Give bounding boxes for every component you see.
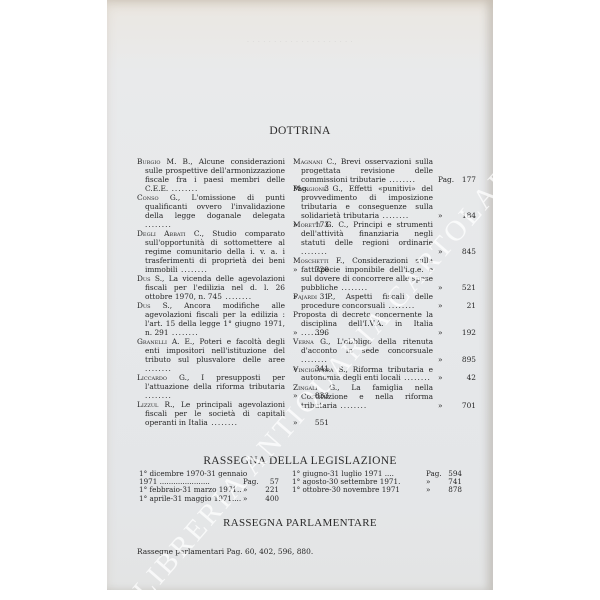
leader-dots: ........ xyxy=(337,401,367,410)
page-number: 400 xyxy=(265,495,279,503)
entry-author: Conso G., xyxy=(137,193,180,202)
entry-text: Liccardo G., I presupposti per l'attuazi… xyxy=(137,374,285,401)
section-heading-legislazione: RASSEGNA DELLA LEGISLAZIONE xyxy=(107,455,493,467)
legislazione-row: 1° ottobre-30 novembre 1971»878 xyxy=(292,486,462,494)
entry-author: Granelli A. E., xyxy=(137,337,195,346)
toc-entry: Zingali G., La famiglia nella Costituzio… xyxy=(293,384,469,411)
entry-author: Pajardi P., xyxy=(293,292,335,301)
toc-entry: Magnani C., Brevi osservazioni sulla pro… xyxy=(293,158,469,185)
entry-text: Burgio M. B., Alcune considerazioni sull… xyxy=(137,158,285,194)
page-prefix: » xyxy=(438,284,443,293)
period-label: 1° agosto-30 settembre 1971. xyxy=(292,478,400,486)
page-prefix: » xyxy=(438,329,443,338)
toc-entry: Pajardi P., Aspetti fiscali delle proced… xyxy=(293,293,469,311)
period-label: 1971 ...................... xyxy=(139,478,210,486)
leader-dots: ........ xyxy=(169,328,199,337)
toc-entry: Moschetti F., Considerazioni sulla fatti… xyxy=(293,257,469,293)
page-number: 845 xyxy=(462,248,476,257)
entry-text: Vinciguerra S., Riforma tributaria e aut… xyxy=(293,366,433,384)
page-prefix: Pag. xyxy=(438,176,454,185)
entry-author: Magnani C., xyxy=(293,157,337,166)
period-label: 1° giugno-31 luglio 1971 .... xyxy=(292,470,394,478)
leader-dots: ........ xyxy=(385,301,415,310)
page-number: 42 xyxy=(467,374,476,383)
leader-dots: ........ xyxy=(145,364,172,373)
page-number: 177 xyxy=(462,176,476,185)
page-prefix: » xyxy=(243,495,247,503)
page-prefix: » xyxy=(426,486,430,494)
period-label: 1° febbraio-31 marzo 1971.. xyxy=(139,486,242,494)
entry-text: Conso G., L'omissione di punti qualifica… xyxy=(137,194,285,230)
page-number: 895 xyxy=(462,356,476,365)
book-page: · · · · · · · · · · · · · · · · · · · · … xyxy=(107,0,493,590)
page-number: 701 xyxy=(462,402,476,411)
page-number: 551 xyxy=(315,419,329,428)
toc-entry: Vinciguerra S., Riforma tributaria e aut… xyxy=(293,366,469,384)
entry-title: Proposta di decreto concernente la disci… xyxy=(293,310,433,328)
leader-dots: ........ xyxy=(222,292,252,301)
entry-text: Lizzul R., Le principali agevolazioni fi… xyxy=(137,401,285,428)
entry-text: Verna G., L'obbligo della ritenuta d'acc… xyxy=(293,338,433,365)
leader-dots: ........ xyxy=(386,175,416,184)
leader-dots: ........ xyxy=(145,391,172,400)
entry-text: Granelli A. E., Poteri e facoltà degli e… xyxy=(137,338,285,374)
entry-page-ref: »845 xyxy=(438,248,476,257)
toc-entry: Mangione G., Effetti «punitivi» del prov… xyxy=(293,185,469,221)
entry-author: Vinciguerra S., xyxy=(293,365,348,374)
entry-page-ref: »42 xyxy=(438,374,476,383)
entry-author: Verna G., xyxy=(293,337,331,346)
parlamentare-line: Rassegne parlamentari Pag. 60, 402, 596,… xyxy=(137,547,313,556)
toc-entry: Moretti G. C., Principi e strumenti dell… xyxy=(293,221,469,257)
entry-text: Pajardi P., Aspetti fiscali delle proced… xyxy=(293,293,433,311)
leader-dots: ........ xyxy=(178,265,208,274)
legislazione-left-column: 1° dicembre 1970-31 gennaio 1971 .......… xyxy=(139,470,279,503)
entry-author: Moretti G. C., xyxy=(293,220,348,229)
legislazione-row: 1° giugno-31 luglio 1971 ....Pag.594 xyxy=(292,470,462,478)
entry-page-ref: »21 xyxy=(438,302,476,311)
legislazione-row: 1° aprile-31 maggio 1971....»400 xyxy=(139,495,279,503)
leader-dots: ........ xyxy=(168,184,198,193)
entry-text: Dus S., La vicenda delle agevolazioni fi… xyxy=(137,275,285,302)
entry-text: Proposta di decreto concernente la disci… xyxy=(293,311,433,338)
leader-dots: ........ xyxy=(301,328,328,337)
entry-page-ref: »701 xyxy=(438,402,476,411)
show-through-text: · · · · · · · · · · · · · · · · · · · · xyxy=(107,38,493,46)
page-number: 521 xyxy=(462,284,476,293)
page-number: 21 xyxy=(467,302,476,311)
period-page-ref: »400 xyxy=(243,495,279,503)
page-prefix: » xyxy=(438,374,443,383)
page-prefix: » xyxy=(438,356,443,365)
leader-dots: ........ xyxy=(401,373,431,382)
leader-dots: ........ xyxy=(301,247,328,256)
entry-author: Moschetti F., xyxy=(293,256,345,265)
leader-dots: ........ xyxy=(301,355,328,364)
entry-author: Burgio M. B., xyxy=(137,157,193,166)
toc-entry: Proposta di decreto concernente la disci… xyxy=(293,311,469,338)
entry-page-ref: Pag.177 xyxy=(438,176,476,185)
leader-dots: ........ xyxy=(379,211,409,220)
entry-text: Magnani C., Brevi osservazioni sulla pro… xyxy=(293,158,433,185)
entry-text: Mangione G., Effetti «punitivi» del prov… xyxy=(293,185,433,221)
period-label: 1° ottobre-30 novembre 1971 xyxy=(292,486,400,494)
section-heading-parlamentare: RASSEGNA PARLAMENTARE xyxy=(107,517,493,529)
legislazione-row: 1971 ......................Pag.57 xyxy=(139,478,279,486)
leader-dots: ........ xyxy=(145,220,172,229)
entry-page-ref: »551 xyxy=(293,419,329,428)
page-prefix: » xyxy=(438,402,443,411)
page-prefix: » xyxy=(438,302,443,311)
legislazione-row: 1° febbraio-31 marzo 1971..»221 xyxy=(139,486,279,494)
entry-author: Degli Abbati C., xyxy=(137,229,204,238)
page-number: 192 xyxy=(462,329,476,338)
page-prefix: » xyxy=(438,212,443,221)
entry-author: Dus S., xyxy=(137,301,172,310)
section-heading-dottrina: DOTTRINA xyxy=(107,125,493,137)
page-prefix: » xyxy=(438,248,443,257)
period-label: 1° aprile-31 maggio 1971.... xyxy=(139,495,241,503)
entry-text: Zingali G., La famiglia nella Costituzio… xyxy=(293,384,433,411)
entry-page-ref: »192 xyxy=(438,329,476,338)
entry-page-ref: »895 xyxy=(438,356,476,365)
entry-text: Moretti G. C., Principi e strumenti dell… xyxy=(293,221,433,257)
entry-text: Degli Abbati C., Studio comparato sull'o… xyxy=(137,230,285,275)
legislazione-right-column: 1° giugno-31 luglio 1971 ....Pag.5941° a… xyxy=(292,470,462,495)
page-number: 878 xyxy=(448,486,462,494)
leader-dots: ........ xyxy=(338,283,368,292)
entry-author: Zingali G., xyxy=(293,383,340,392)
legislazione-row: 1° agosto-30 settembre 1971.»741 xyxy=(292,478,462,486)
leader-dots: ........ xyxy=(208,418,238,427)
entry-author: Liccardo G., xyxy=(137,373,189,382)
entry-author: Dus S., xyxy=(137,274,164,283)
entry-text: Moschetti F., Considerazioni sulla fatti… xyxy=(293,257,433,293)
entry-page-ref: »521 xyxy=(438,284,476,293)
toc-entry: Verna G., L'obbligo della ritenuta d'acc… xyxy=(293,338,469,365)
entry-text: Dus S., Ancora modifiche alle agevolazio… xyxy=(137,302,285,338)
entry-title: La vicenda delle agevolazioni fiscali pe… xyxy=(145,274,285,301)
entry-author: Lizzul R., xyxy=(137,400,175,409)
period-page-ref: »878 xyxy=(426,486,462,494)
page-number: 184 xyxy=(462,212,476,221)
page-prefix: » xyxy=(293,419,298,428)
entry-page-ref: »184 xyxy=(438,212,476,221)
dottrina-right-column: Magnani C., Brevi osservazioni sulla pro… xyxy=(293,158,469,411)
entry-author: Mangione G., xyxy=(293,184,343,193)
